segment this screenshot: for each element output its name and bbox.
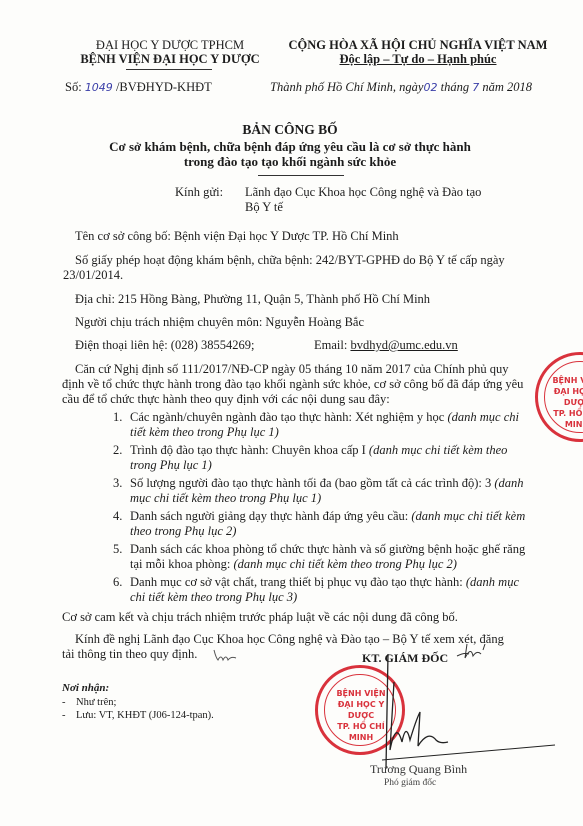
stamp-line-1: BỆNH VIỆN (546, 375, 583, 386)
national-motto: CỘNG HÒA XÃ HỘI CHỦ NGHĨA VIỆT NAM Độc l… (268, 38, 568, 66)
item-text: Danh sách người giảng dạy thực hành đáp … (130, 509, 411, 523)
item-text: Các ngành/chuyên ngành đào tạo thực hành… (130, 410, 447, 424)
signer-name: Trương Quang Bình (370, 762, 467, 777)
recipient-label: Kính gửi: (175, 185, 223, 200)
basis-line-2: định về tổ chức thực hành trong đào tạo … (62, 377, 523, 392)
recipient-item-text: Lưu: VT, KHĐT (J06-124-tpan). (76, 710, 214, 721)
item-text: Số lượng người đào tạo thực hành tối đa … (130, 476, 494, 490)
ref-suffix: /BVĐHYD-KHĐT (116, 80, 212, 94)
item-number: 2. (113, 443, 122, 458)
address: Địa chỉ: 215 Hồng Bàng, Phường 11, Quận … (75, 292, 430, 307)
item-note: (danh mục chi tiết kèm theo (369, 443, 508, 457)
item-text: Danh mục cơ sở vật chất, trang thiết bị … (130, 575, 466, 589)
signer-role: Phó giám đốc (384, 778, 436, 788)
phone: Điện thoại liên hệ: (028) 38554269; (75, 338, 254, 353)
email-link[interactable]: bvdhyd@umc.edu.vn (350, 338, 457, 352)
recipient-item: -Như trên; (62, 697, 116, 708)
subtitle-underline (258, 175, 344, 176)
country-name: CỘNG HÒA XÃ HỘI CHỦ NGHĨA VIỆT NAM (268, 38, 568, 52)
hospital-name: BỆNH VIỆN ĐẠI HỌC Y DƯỢC (60, 52, 280, 66)
request-line-2: tải thông tin theo quy định. (62, 647, 197, 662)
date-day-handwritten: 02 (423, 81, 437, 94)
signature (380, 650, 560, 770)
item-note-cont: chi tiết kèm theo trong Phụ lục 3) (130, 590, 297, 604)
basis-line-1: Căn cứ Nghị định số 111/2017/NĐ-CP ngày … (75, 362, 508, 377)
date-prefix: Thành phố Hồ Chí Minh, ngày (270, 80, 423, 94)
document-date: Thành phố Hồ Chí Minh, ngày02 tháng 7 nă… (270, 80, 532, 95)
document-subtitle: Cơ sở khám bệnh, chữa bệnh đáp ứng yêu c… (80, 139, 500, 169)
subtitle-line-2: trong đào tạo tạo khối ngành sức khỏe (80, 154, 500, 169)
item-text: Danh sách các khoa phòng tổ chức thực hà… (130, 542, 525, 556)
item-note: (danh (494, 476, 523, 490)
item-note: (danh mục (466, 575, 519, 589)
issuing-organization: ĐẠI HỌC Y DƯỢC TPHCM BỆNH VIỆN ĐẠI HỌC Y… (60, 38, 280, 66)
recipient-item: -Lưu: VT, KHĐT (J06-124-tpan). (62, 710, 214, 721)
recipient-item-text: Như trên; (76, 697, 116, 708)
recipient-line-2: Bộ Y tế (245, 200, 481, 215)
item-number: 6. (113, 575, 122, 590)
email-line: Email: bvdhyd@umc.edu.vn (314, 338, 458, 353)
email-label: Email: (314, 338, 347, 352)
ref-prefix: Số: (65, 80, 82, 94)
reference-number: Số: 1049 /BVĐHYD-KHĐT (65, 80, 212, 95)
stamp-line-3: TP. HỒ CHÍ MINH (546, 408, 583, 430)
recipient: Lãnh đạo Cục Khoa học Công nghệ và Đào t… (245, 185, 481, 215)
parent-org: ĐẠI HỌC Y DƯỢC TPHCM (60, 38, 280, 52)
item-note-cont: tiết kèm theo trong Phụ lục 1) (130, 425, 279, 439)
recipients-title: Nơi nhận: (62, 682, 109, 694)
request-line-1: Kính đề nghị Lãnh đạo Cục Khoa học Công … (75, 632, 504, 647)
item-note: (danh mục chi tiết kèm (411, 509, 525, 523)
ref-number-handwritten: 1049 (85, 81, 113, 94)
item-number: 4. (113, 509, 122, 524)
item-text: Trình độ đào tạo thực hành: Chuyên khoa … (130, 443, 369, 457)
item-number: 1. (113, 410, 122, 425)
initials-mark (212, 648, 242, 664)
document-page: ĐẠI HỌC Y DƯỢC TPHCM BỆNH VIỆN ĐẠI HỌC Y… (0, 0, 583, 826)
year-label: năm 2018 (482, 80, 532, 94)
item-note-cont: theo trong Phụ lục 2) (130, 524, 236, 538)
stamp-line-2: ĐẠI HỌC Y DƯỢC (546, 386, 583, 408)
item-note-cont: trong Phụ lục 1) (130, 458, 212, 472)
license-line-2: 23/01/2014. (63, 268, 123, 283)
item-text-cont: tại mỗi khoa phòng: (130, 557, 233, 571)
stamp-text: BỆNH VIỆN ĐẠI HỌC Y DƯỢC TP. HỒ CHÍ MINH (546, 375, 583, 430)
item-note-cont: (danh mục chi tiết kèm theo trong Phụ lụ… (233, 557, 456, 571)
item-number: 5. (113, 542, 122, 557)
basis-line-3: cầu để tổ chức thực hành theo quy định v… (62, 392, 390, 407)
license-line-1: Số giấy phép hoạt động khám bệnh, chữa b… (75, 253, 505, 268)
document-title: BẢN CÔNG BỐ (80, 122, 500, 137)
responsible-person: Người chịu trách nhiệm chuyên môn: Nguyễ… (75, 315, 364, 330)
item-note-cont: mục chi tiết kèm theo trong Phụ lục 1) (130, 491, 321, 505)
item-note: (danh mục chi (447, 410, 519, 424)
month-label: tháng (441, 80, 469, 94)
recipient-line-1: Lãnh đạo Cục Khoa học Công nghệ và Đào t… (245, 185, 481, 200)
subtitle-line-1: Cơ sở khám bệnh, chữa bệnh đáp ứng yêu c… (80, 139, 500, 154)
motto: Độc lập – Tự do – Hạnh phúc (268, 52, 568, 66)
item-number: 3. (113, 476, 122, 491)
commitment: Cơ sở cam kết và chịu trách nhiệm trước … (62, 610, 458, 625)
org-underline (126, 69, 212, 70)
official-stamp-partial: BỆNH VIỆN ĐẠI HỌC Y DƯỢC TP. HỒ CHÍ MINH (535, 352, 583, 442)
facility-name: Tên cơ sở công bố: Bệnh viện Đại học Y D… (75, 229, 399, 244)
date-month-handwritten: 7 (472, 81, 479, 94)
